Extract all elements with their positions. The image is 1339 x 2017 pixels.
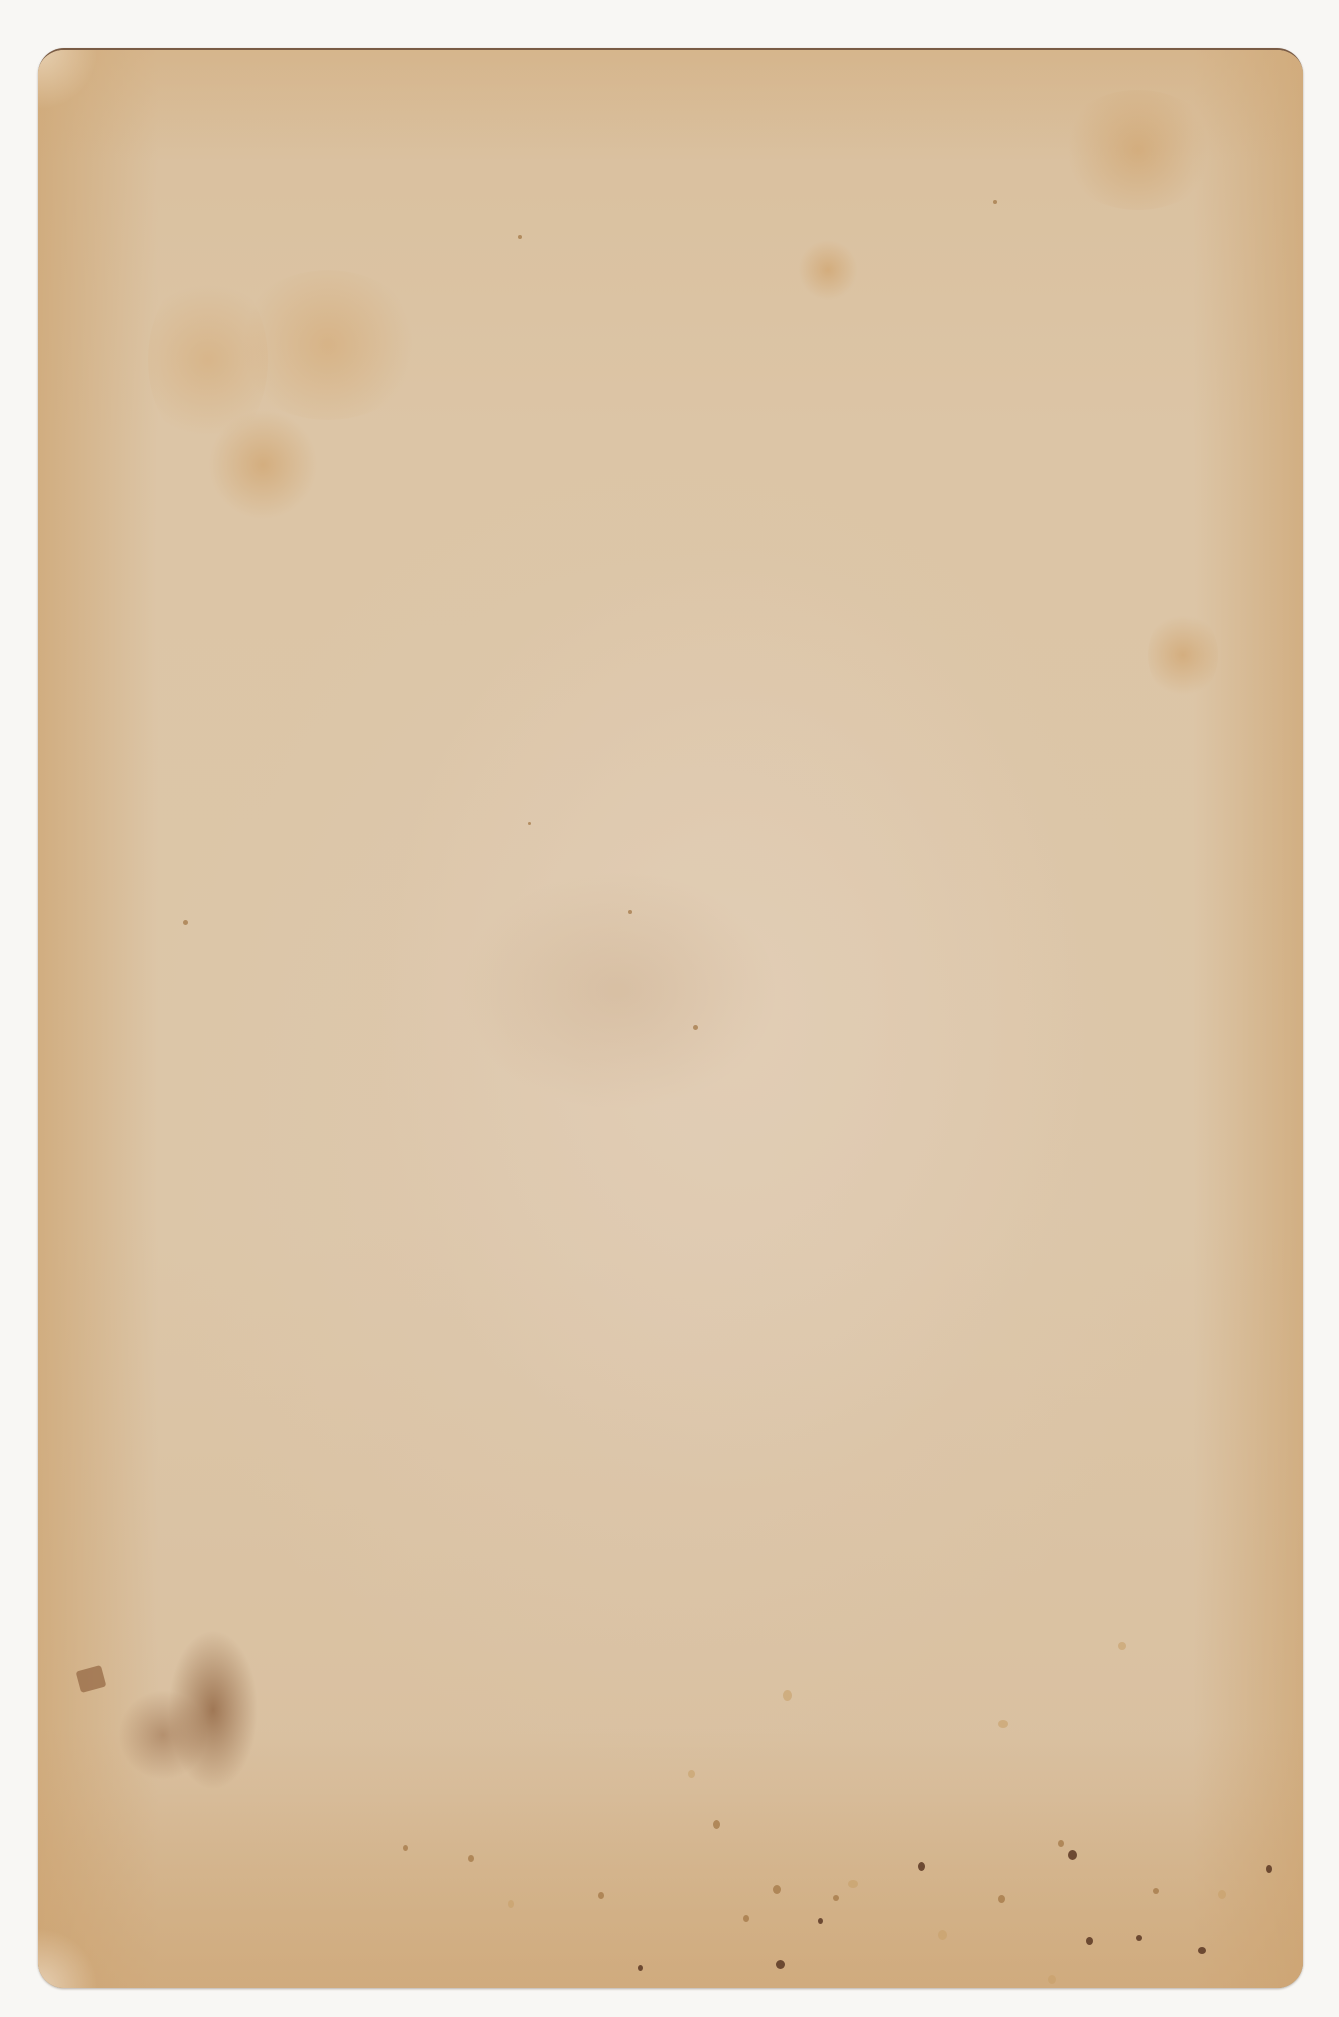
spot (1068, 1850, 1077, 1860)
spot (638, 1965, 643, 1971)
spot (1198, 1947, 1206, 1954)
speck (183, 920, 188, 925)
foxing-stain (148, 270, 268, 450)
foxing-stain (798, 240, 858, 300)
spot (508, 1900, 514, 1908)
spot (468, 1855, 474, 1862)
spot (773, 1885, 781, 1894)
speck (528, 822, 531, 825)
spot (1218, 1890, 1226, 1899)
bottom-left-corner-wear (38, 1928, 98, 1988)
spot (598, 1892, 604, 1899)
spot (403, 1845, 408, 1851)
spot (776, 1960, 785, 1969)
spot (1266, 1865, 1272, 1873)
spot (743, 1915, 749, 1922)
spot (848, 1880, 858, 1888)
spot (938, 1930, 947, 1940)
right-edge-discoloration (1193, 50, 1303, 1988)
spot (998, 1720, 1008, 1728)
spot (833, 1895, 839, 1901)
top-left-corner-wear (38, 50, 98, 110)
speck (993, 200, 997, 204)
spot (1153, 1888, 1159, 1894)
scan-background (0, 0, 1339, 2017)
aged-card (38, 48, 1303, 1988)
spot (713, 1820, 720, 1829)
foxing-stain (1148, 610, 1218, 700)
spot (1048, 1975, 1056, 1984)
spot (783, 1690, 792, 1701)
spot (998, 1895, 1005, 1903)
spot (1136, 1935, 1142, 1941)
spot (688, 1770, 695, 1778)
speck (628, 910, 632, 914)
speck (693, 1025, 698, 1030)
spot (918, 1862, 925, 1871)
foxing-stain (1058, 90, 1218, 210)
speck (518, 235, 522, 239)
dark-stain (118, 1690, 208, 1780)
spot (1058, 1840, 1064, 1847)
spot (1118, 1642, 1126, 1650)
faint-shadow-stain (458, 870, 778, 1110)
spot (1086, 1937, 1093, 1945)
spot (818, 1918, 823, 1924)
